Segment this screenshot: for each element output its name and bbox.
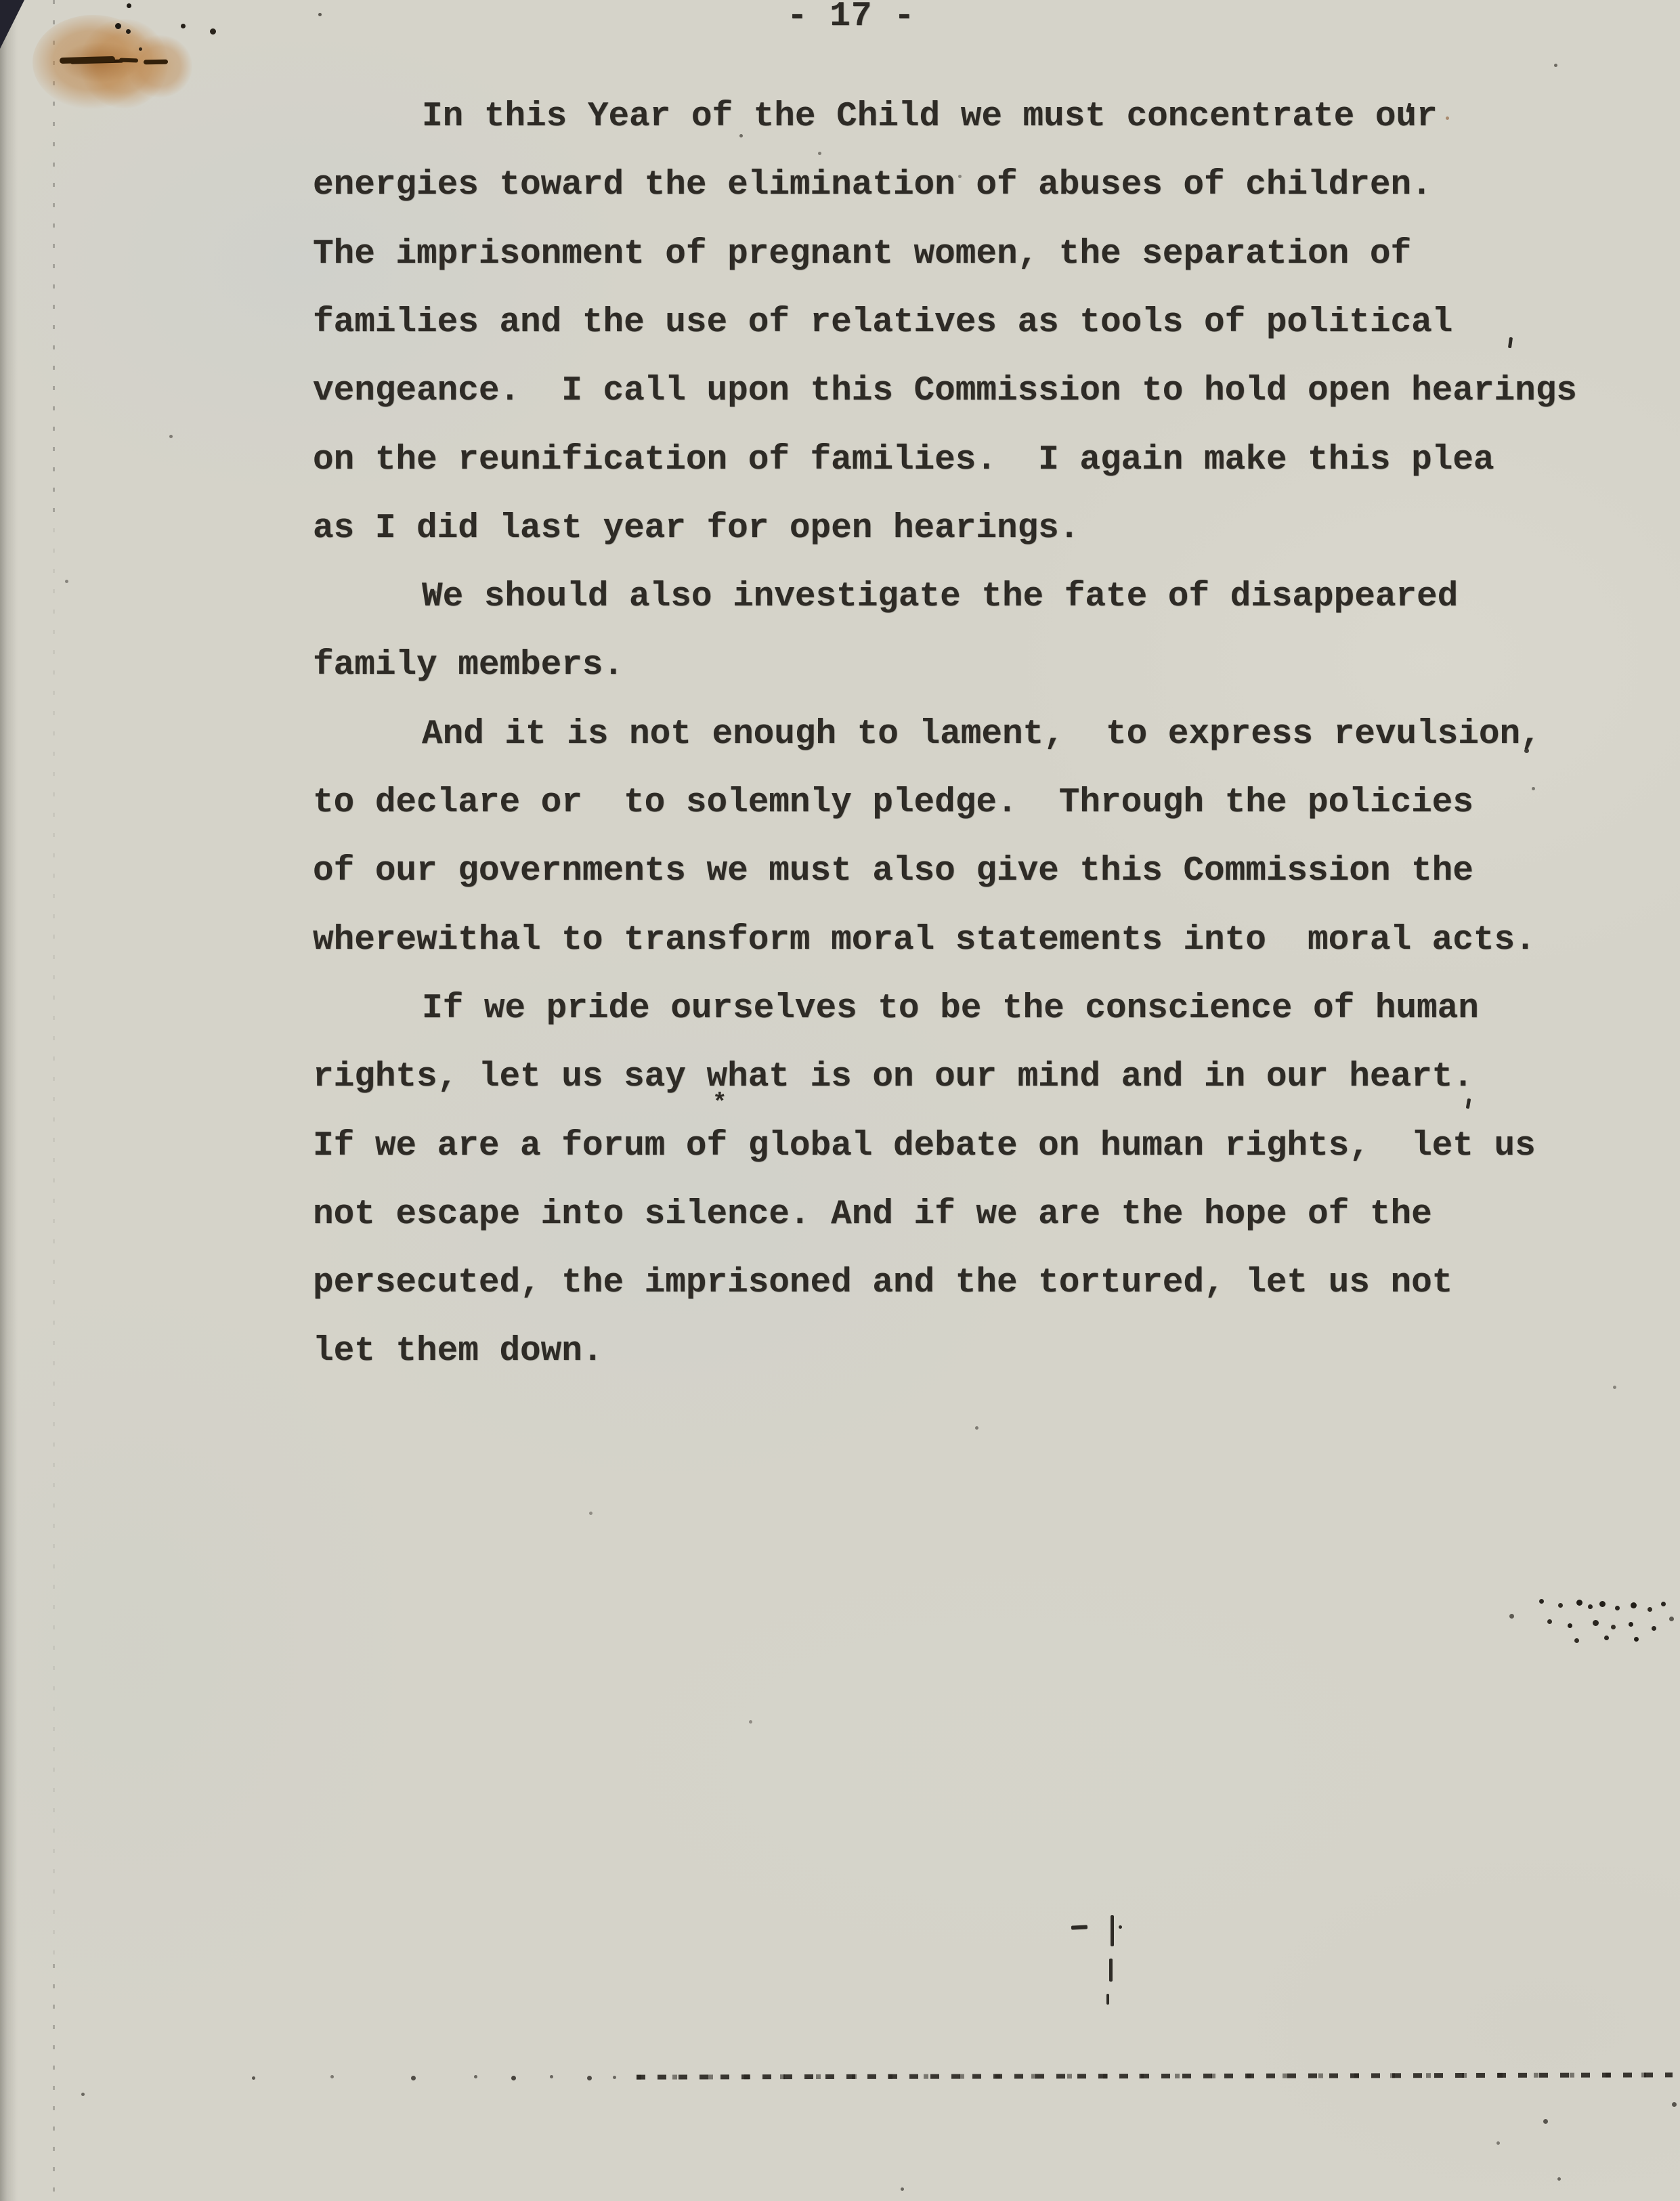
stray-vertical-mark bbox=[1106, 1994, 1109, 2005]
stray-vertical-mark bbox=[1109, 1959, 1113, 1982]
ink-specks-bottom bbox=[0, 0, 3, 3]
bottom-perforation-line bbox=[637, 2072, 1673, 2079]
text-line-19: let them down. bbox=[313, 1333, 603, 1371]
text-line-9: family members. bbox=[313, 647, 624, 685]
text-line-1: In this Year of the Child we must concen… bbox=[313, 98, 1438, 136]
stray-dot-mark bbox=[1119, 1925, 1122, 1929]
text-line-3: The imprisonment of pregnant women, the … bbox=[313, 236, 1411, 274]
text-line-2: energies toward the elimination of abuse… bbox=[313, 167, 1432, 205]
ink-speck-cluster-right bbox=[1536, 1590, 1539, 1594]
stray-vertical-mark bbox=[1111, 1915, 1114, 1946]
text-line-4: families and the use of relatives as too… bbox=[313, 304, 1452, 342]
text-line-13: wherewithal to transform moral statement… bbox=[313, 922, 1536, 960]
text-line-11: to declare or to solemnly pledge. Throug… bbox=[313, 784, 1473, 822]
text-line-16: If we are a forum of global debate on hu… bbox=[313, 1128, 1536, 1166]
text-line-6: on the reunification of families. I agai… bbox=[313, 442, 1494, 479]
page-number: - 17 - bbox=[787, 0, 916, 36]
fold-line-middle bbox=[53, 528, 55, 1964]
ink-smear bbox=[119, 58, 138, 63]
fold-line-bottom bbox=[53, 1964, 55, 2201]
ink-smear bbox=[144, 60, 168, 65]
text-line-10: And it is not enough to lament, to expre… bbox=[313, 716, 1541, 754]
text-line-12: of our governments we must also give thi… bbox=[313, 853, 1473, 891]
page-left-edge-shadow bbox=[0, 0, 18, 2201]
text-line-7: as I did last year for open hearings. bbox=[313, 510, 1079, 548]
text-line-15: rights, let us say what is on our mind a… bbox=[313, 1059, 1473, 1096]
document-page: * - 17 - In this Year of the Child we mu… bbox=[0, 0, 1680, 2201]
stray-dash-mark bbox=[1071, 1925, 1087, 1929]
text-line-5: vengeance. I call upon this Commission t… bbox=[313, 372, 1577, 410]
text-line-18: persecuted, the imprisoned and the tortu… bbox=[313, 1264, 1452, 1302]
text-line-14: If we pride ourselves to be the conscien… bbox=[313, 990, 1479, 1028]
text-line-17: not escape into silence. And if we are t… bbox=[313, 1196, 1432, 1234]
text-line-8: We should also investigate the fate of d… bbox=[313, 578, 1458, 616]
typed-text-block: In this Year of the Child we must concen… bbox=[313, 98, 1640, 1453]
